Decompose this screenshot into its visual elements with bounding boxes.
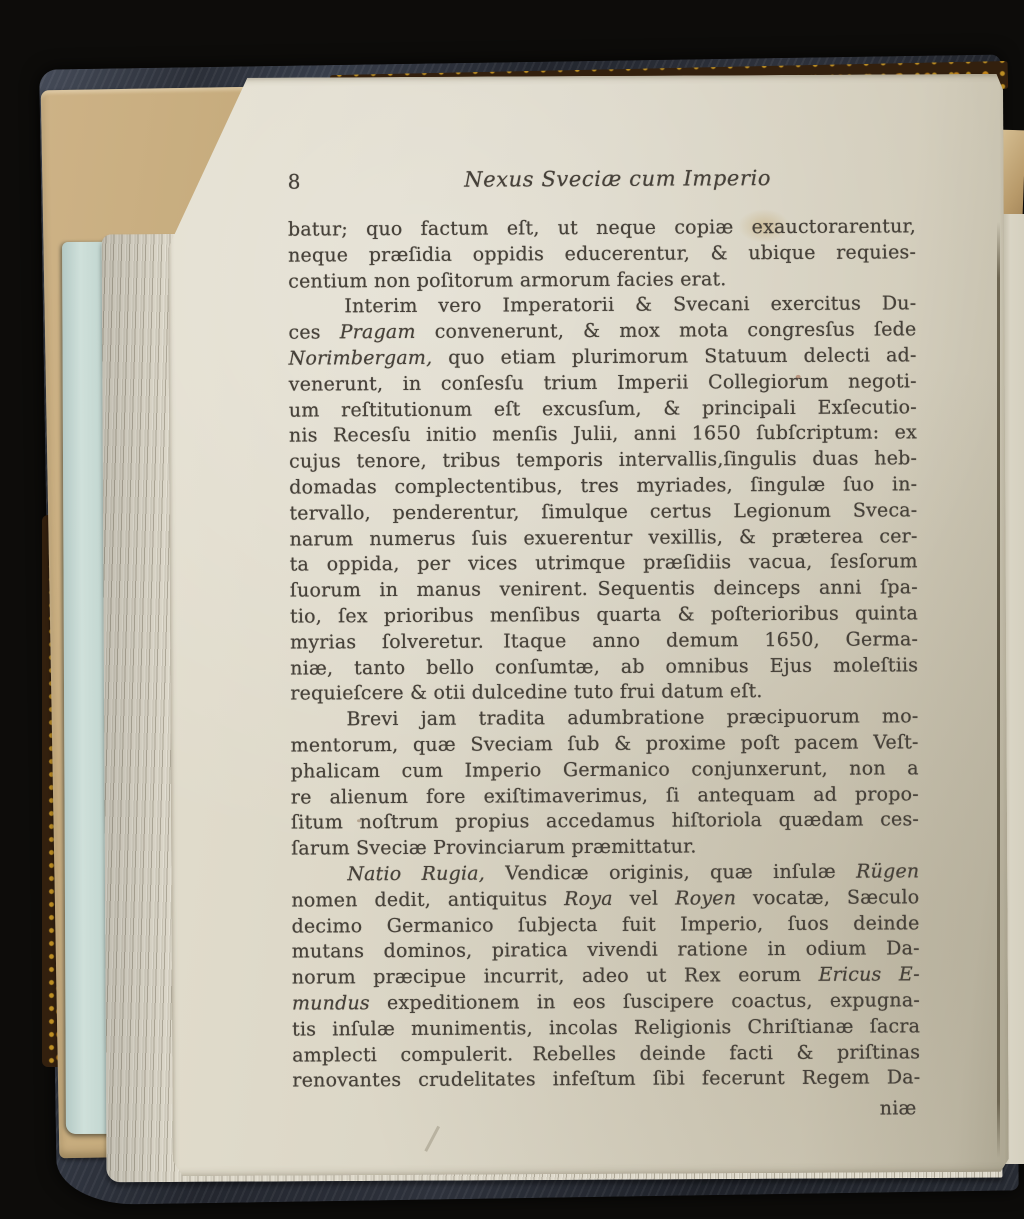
text-line: amplecti compulerit. Rebelles deinde fac…: [292, 1040, 920, 1069]
text-line: narum numerus ſuis exuerentur vexillis, …: [289, 524, 917, 553]
text-block: batur; quo factum eſt, ut neque copiæ ex…: [288, 214, 921, 1125]
page-number: 8: [288, 169, 301, 193]
text-line: renovantes crudelitates infeſtum ſibi fe…: [292, 1066, 920, 1095]
running-title: Nexus Sveciæ cum Imperio: [304, 164, 932, 193]
text-line: Natio Rugia, Vendicæ originis, quæ inſul…: [291, 859, 919, 888]
text-line: nis Recesſu initio menſis Julii, anni 16…: [289, 421, 917, 450]
main-page: 8 Nexus Sveciæ cum Imperio batur; quo fa…: [167, 74, 1009, 1176]
text-line: um reſtitutionum eſt excusſum, & princip…: [289, 395, 917, 424]
text-line: Interim vero Imperatorii & Svecani exerc…: [288, 292, 916, 321]
text-line: niæ, tanto bello conſumtæ, ab omnibus Ej…: [290, 653, 918, 682]
text-line: batur; quo factum eſt, ut neque copiæ ex…: [288, 214, 916, 243]
text-line: nomen dedit, antiquitus Roya vel Royen v…: [291, 885, 919, 914]
text-line: venerunt, in conſesſu trium Imperii Coll…: [289, 369, 917, 398]
text-line: ſitum noſtrum propius accedamus hiſtorio…: [291, 808, 919, 837]
catchword: niæ: [292, 1096, 920, 1125]
text-line: tervallo, penderentur, ſimulque certus L…: [289, 498, 917, 527]
text-line: ces Pragam convenerunt, & mox mota congr…: [288, 317, 916, 346]
text-line: requieſcere & otii dulcedine tuto frui d…: [290, 679, 918, 708]
text-line: mundus expeditionem in eos ſuscipere coa…: [292, 988, 920, 1017]
text-line: ſarum Sveciæ Provinciarum præmittatur.: [291, 833, 919, 862]
text-line: domadas complectentibus, tres myriades, …: [289, 472, 917, 501]
text-line: Norimbergam, quo etiam plurimorum Statuu…: [289, 343, 917, 372]
text-line: ſuorum in manus venirent. Sequentis dein…: [290, 575, 918, 604]
gutter-fold-line: [997, 222, 1000, 1158]
text-line: Brevi jam tradita adumbratione præcipuor…: [290, 704, 918, 733]
text-line: norum præcipue incurrit, adeo ut Rex eor…: [292, 962, 920, 991]
text-line: mutans dominos, piratica vivendi ratione…: [292, 937, 920, 966]
text-line: centium non poſitorum armorum facies era…: [288, 266, 916, 295]
text-line: cujus tenore, tribus temporis intervalli…: [289, 446, 917, 475]
text-line: tio, ſex prioribus menſibus quarta & poſ…: [290, 601, 918, 630]
text-line: tis inſulæ munimentis, incolas Religioni…: [292, 1014, 920, 1043]
text-line: ta oppida, per vices utrimque præſidiis …: [290, 550, 918, 579]
text-line: myrias ſolveretur. Itaque anno demum 165…: [290, 627, 918, 656]
text-line: neque præſidia oppidis educerentur, & ub…: [288, 240, 916, 269]
text-line: decimo Germanico ſubjecta fuit Imperio, …: [292, 911, 920, 940]
text-line: mentorum, quæ Sveciam ſub & proxime poſt…: [291, 730, 919, 759]
ink-mark: [424, 1126, 440, 1152]
text-line: phalicam cum Imperio Germanico conjunxer…: [291, 756, 919, 785]
photo-background: { "photo": { "background_color": "#0d0c0…: [0, 0, 1024, 1219]
text-line: re alienum fore exiſtimaverimus, ſi ante…: [291, 782, 919, 811]
